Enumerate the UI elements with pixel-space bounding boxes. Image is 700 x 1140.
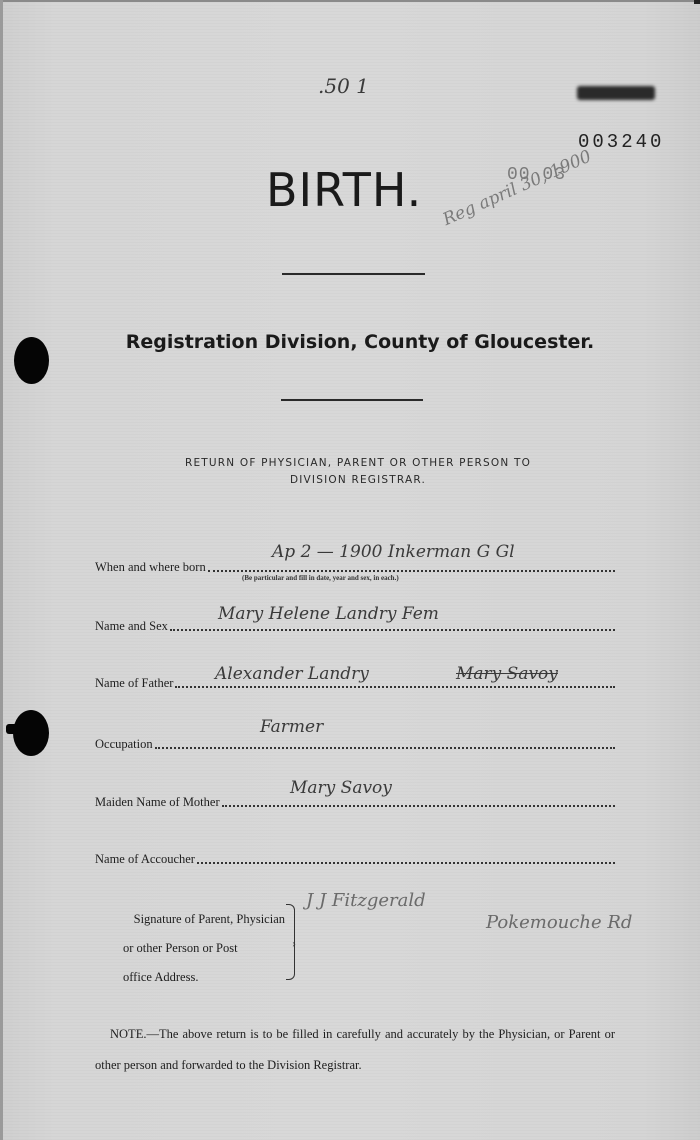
field-hint: (Be particular and fill in date, year an… [242,574,399,582]
field-occupation: Occupation [95,732,615,752]
subtitle-line-2: DIVISION REGISTRAR. [0,474,700,486]
field-accoucher: Name of Accoucher [95,847,615,867]
field-value-occupation[interactable]: Farmer [260,717,323,737]
handwritten-top-number: .50 1 [318,74,369,98]
signature-label-line-2: or other Person or Post [95,934,285,963]
address-value[interactable]: Pokemouche Rd [486,912,632,933]
field-value-father[interactable]: Alexander Landry [215,664,369,684]
field-label: Name of Father [95,676,173,691]
redacted-stamp [577,86,655,100]
page-edge-left [0,0,3,1140]
form-note: NOTE.—The above return is to be filled i… [95,1019,615,1081]
corner-mark [694,0,700,4]
field-label: Occupation [95,737,153,752]
field-value-when-where-born[interactable]: Ap 2 — 1900 Inkerman G Gl [272,542,515,562]
page-edge-top [0,0,700,2]
field-value-father-struck: Mary Savoy [456,664,558,684]
page-title: BIRTH. [266,163,422,217]
dotted-line [208,569,615,572]
dotted-line [175,685,615,688]
field-value-mother-maiden-name[interactable]: Mary Savoy [290,778,392,798]
serial-number: 003240 [578,131,664,153]
field-label: Name and Sex [95,619,168,634]
subtitle-line-1: RETURN OF PHYSICIAN, PARENT OR OTHER PER… [0,457,700,469]
signature-label-line-1: Signature of Parent, Physician [95,905,285,934]
field-label: Maiden Name of Mother [95,795,220,810]
dotted-line [197,861,615,864]
division-title: Registration Division, County of Glouces… [0,331,700,353]
punch-hole-lower [13,710,49,756]
field-label: When and where born [95,560,206,575]
punch-hole-lower-tab [6,724,18,734]
dotted-line [170,628,615,631]
signature-label-line-3: office Address. [95,963,285,992]
field-label: Name of Accoucher [95,852,195,867]
signature-label: Signature of Parent, Physician or other … [95,905,285,992]
title-divider [282,273,425,275]
dotted-line [155,746,615,749]
signature-brace-point: › [292,936,296,951]
division-divider [281,399,423,401]
dotted-line [222,804,615,807]
field-value-name-sex[interactable]: Mary Helene Landry Fem [218,604,439,624]
signature-value[interactable]: J J Fitzgerald [306,890,426,911]
